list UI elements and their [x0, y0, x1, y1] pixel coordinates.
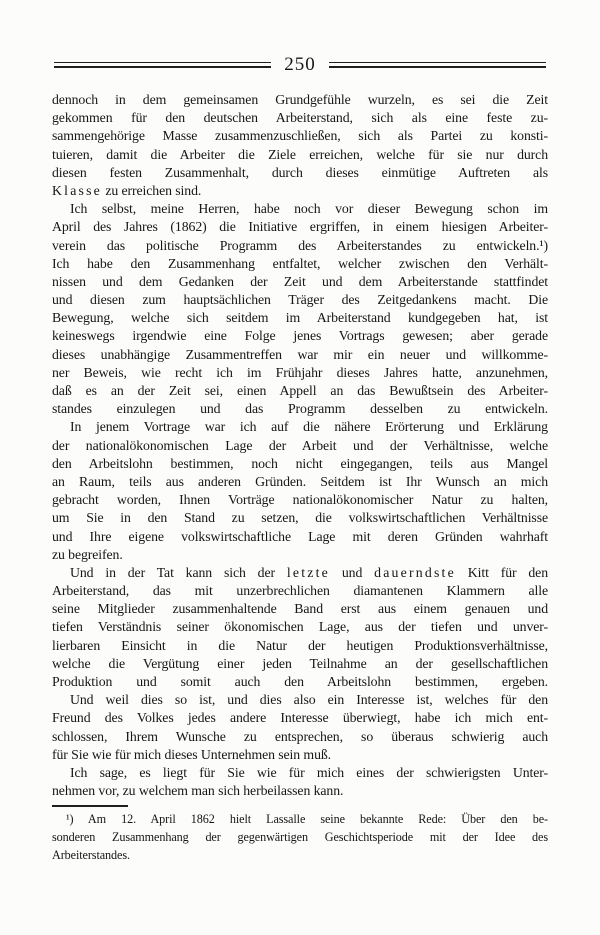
text-line: und Ihre eigene volkswirtschaftliche Lag… — [52, 528, 548, 546]
text-segment: Und in der Tat kann sich der — [70, 565, 287, 580]
book-page: 250 dennoch in dem gemeinsamen Grundgefü… — [0, 0, 600, 935]
text-line: Produktion und somit auch den Arbeitsloh… — [52, 673, 548, 691]
text-line: Klasse zu erreichen sind. — [52, 182, 548, 200]
paragraph: Ich selbst, meine Herren, habe noch vor … — [52, 200, 548, 418]
text-line: keineswegs irgendwie eine Folge jenes Vo… — [52, 327, 548, 345]
text-line: ner Beweis, wie recht ich im Frühjahr di… — [52, 364, 548, 382]
text-line: diesen festen Zusammenhalt, durch dieses… — [52, 164, 548, 182]
header-rule-left — [54, 62, 271, 68]
text-line: nehmen vor, zu welchem man sich herbeila… — [52, 782, 548, 800]
text-line: tuieren, damit die Arbeiter die Ziele er… — [52, 146, 548, 164]
text-line: dieses unabhängige Zusammentreffen war m… — [52, 346, 548, 364]
text-line: gebracht worden, Ihnen Vorträge national… — [52, 491, 548, 509]
text-line: Bewegung, welche sich seitdem im Arbeite… — [52, 309, 548, 327]
text-line: dennoch in dem gemeinsamen Grundgefühle … — [52, 91, 548, 109]
header-rule-right — [329, 62, 546, 68]
text-line: seine Mitglieder zusammenhaltende Band e… — [52, 600, 548, 618]
text-segment: zu erreichen sind. — [102, 183, 201, 198]
text-line: zu begreifen. — [52, 546, 548, 564]
text-line: April des Jahres (1862) die Initiative e… — [52, 218, 548, 236]
text-segment: Kitt für den — [456, 565, 548, 580]
footnote-separator — [52, 805, 128, 807]
footnote: ¹) Am 12. April 1862 hielt Lassalle sein… — [52, 811, 548, 864]
emphasized-word: letzte — [287, 565, 330, 580]
footnote-line: sonderen Zusammenhang der gegenwärtigen … — [52, 829, 548, 847]
paragraph: In jenem Vortrage war ich auf die nähere… — [52, 418, 548, 564]
footnote-line: ¹) Am 12. April 1862 hielt Lassalle sein… — [52, 811, 548, 829]
text-line: gekommen für den deutschen Arbeiterstand… — [52, 109, 548, 127]
footnote-line: Arbeiterstandes. — [52, 847, 548, 865]
text-line: In jenem Vortrage war ich auf die nähere… — [52, 418, 548, 436]
text-line: daß es an der Zeit sei, einen Appell an … — [52, 382, 548, 400]
paragraph: dennoch in dem gemeinsamen Grundgefühle … — [52, 91, 548, 200]
running-head: 250 — [54, 52, 546, 78]
text-line: verein das politische Programm des Arbei… — [52, 237, 548, 255]
text-line: Arbeiterstand, das mit unzerbrechlichen … — [52, 582, 548, 600]
text-line: tiefen Verständnis seiner ökonomischen L… — [52, 618, 548, 636]
paragraph: Ich sage, es liegt für Sie wie für mich … — [52, 764, 548, 800]
text-line: den Arbeitslohn bestimmen, noch nicht ei… — [52, 455, 548, 473]
text-line: standes einzulegen und das Programm dess… — [52, 400, 548, 418]
text-line: für Sie wie für mich dieses Unternehmen … — [52, 746, 548, 764]
text-line: Ich sage, es liegt für Sie wie für mich … — [52, 764, 548, 782]
text-line: Und in der Tat kann sich der letzte und … — [52, 564, 548, 582]
emphasized-word: dauerndste — [374, 565, 456, 580]
text-line: Und weil dies so ist, und dies also ein … — [52, 691, 548, 709]
text-line: um Sie in den Stand zu setzen, die volks… — [52, 509, 548, 527]
text-line: Ich selbst, meine Herren, habe noch vor … — [52, 200, 548, 218]
emphasized-word: Klasse — [52, 183, 102, 198]
text-line: Freund des Volkes jedes andere Interesse… — [52, 709, 548, 727]
paragraph: Und in der Tat kann sich der letzte und … — [52, 564, 548, 691]
text-column: dennoch in dem gemeinsamen Grundgefühle … — [52, 91, 548, 864]
text-line: und diesen zum hauptsächlichen Träger de… — [52, 291, 548, 309]
paragraph: Und weil dies so ist, und dies also ein … — [52, 691, 548, 764]
text-line: der nationalökonomischen Lage der Arbeit… — [52, 437, 548, 455]
text-line: welche die Vergütung einer jeden Teilnah… — [52, 655, 548, 673]
text-line: an Raum, teils aus anderen Gründen. Seit… — [52, 473, 548, 491]
text-line: nissen und dem Gedanken der Zeit und dem… — [52, 273, 548, 291]
page-number: 250 — [284, 52, 316, 78]
text-line: schlossen, Ihrem Wunsche zu entsprechen,… — [52, 728, 548, 746]
text-segment: und — [330, 565, 374, 580]
text-line: sammengehörige Masse zusammenzuschließen… — [52, 127, 548, 145]
text-line: lierbaren Einsicht in die Natur der heut… — [52, 637, 548, 655]
text-line: Ich habe den Zusammenhang entfaltet, wel… — [52, 255, 548, 273]
